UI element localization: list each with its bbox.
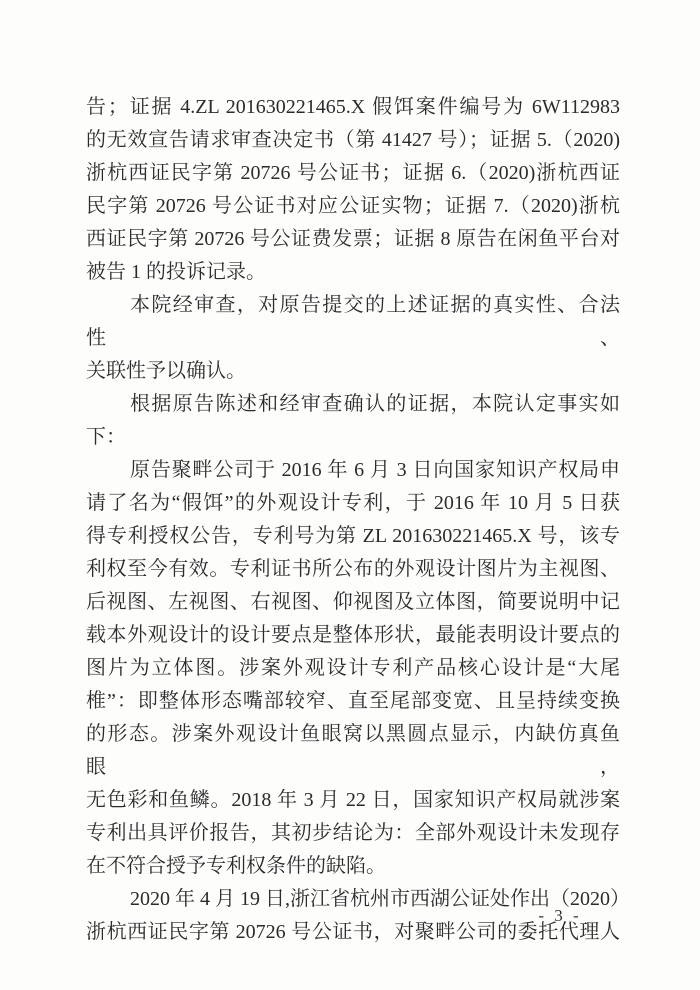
text-line: 关联性予以确认。 — [86, 355, 620, 388]
text-line: 专利出具评价报告，其初步结论为：全部外观设计未发现存 — [86, 817, 620, 850]
text-line: 载本外观设计的设计要点是整体形状，最能表明设计要点的 — [86, 619, 620, 652]
text-line: 原告聚畔公司于 2016 年 6 月 3 日向国家知识产权局申 — [86, 454, 620, 487]
text-line: 得专利授权公告，专利号为第 ZL 201630221465.X 号，该专 — [86, 520, 620, 553]
text-line: 无色彩和鱼鳞。2018 年 3 月 22 日，国家知识产权局就涉案 — [86, 784, 620, 817]
text-line: 图片为立体图。涉案外观设计专利产品核心设计是“大尾 — [86, 652, 620, 685]
text-line: 后视图、左视图、右视图、仰视图及立体图，简要说明中记 — [86, 586, 620, 619]
text-line: 西证民字第 20726 号公证费发票；证据 8 原告在闲鱼平台对 — [86, 223, 620, 256]
text-line: 请了名为“假饵”的外观设计专利，于 2016 年 10 月 5 日获 — [86, 487, 620, 520]
text-line: 下： — [86, 421, 620, 454]
document-lines: 告；证据 4.ZL 201630221465.X 假饵案件编号为 6W11298… — [86, 91, 620, 949]
text-line: 民字第 20726 号公证书对应公证实物；证据 7.（2020)浙杭 — [86, 190, 620, 223]
text-line: 利权至今有效。专利证书所公布的外观设计图片为主视图、 — [86, 553, 620, 586]
text-line: 告；证据 4.ZL 201630221465.X 假饵案件编号为 6W11298… — [86, 91, 620, 124]
text-line: 椎”：即整体形态嘴部较窄、直至尾部变宽、且呈持续变换 — [86, 685, 620, 718]
page-number: - 3 - — [500, 906, 620, 926]
text-line: 在不符合授予专利权条件的缺陷。 — [86, 850, 620, 883]
text-line: 被告 1 的投诉记录。 — [86, 256, 620, 289]
document-page: 告；证据 4.ZL 201630221465.X 假饵案件编号为 6W11298… — [0, 0, 700, 990]
text-line: 的无效宣告请求审查决定书（第 41427 号）；证据 5.（2020) — [86, 124, 620, 157]
text-line: 根据原告陈述和经审查确认的证据，本院认定事实如 — [86, 388, 620, 421]
text-line: 浙杭西证民字第 20726 号公证书；证据 6.（2020)浙杭西证 — [86, 157, 620, 190]
text-line: 的形态。涉案外观设计鱼眼窝以黑圆点显示，内缺仿真鱼眼， — [86, 718, 620, 784]
text-line: 本院经审查，对原告提交的上述证据的真实性、合法性、 — [86, 289, 620, 355]
